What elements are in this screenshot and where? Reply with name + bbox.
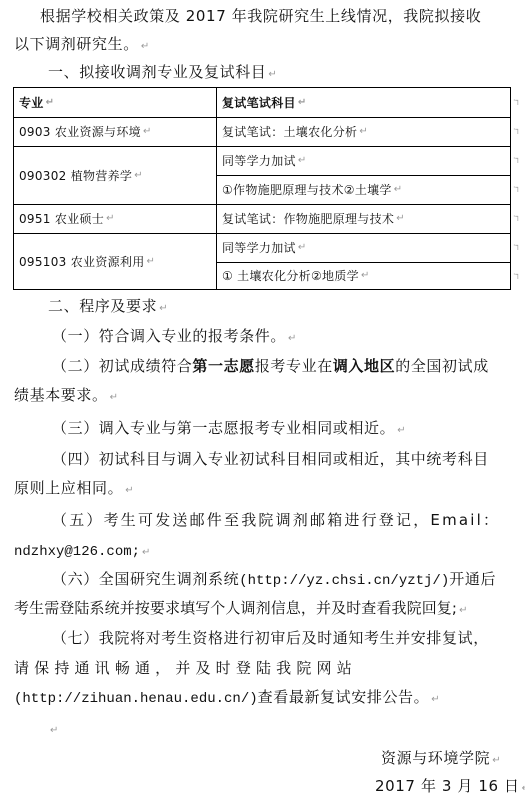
paragraph-mark: ↵ bbox=[46, 96, 55, 110]
requirement-6-line-1: （六）全国研究生调剂系统(http://yz.chsi.cn/yztj/)开通后 bbox=[52, 569, 496, 591]
requirement-2-line-2: 绩基本要求。↵ bbox=[14, 385, 119, 408]
requirement-2-line-1: （二）初试成绩符合第一志愿报考专业在调入地区的全国初试成 bbox=[52, 356, 489, 376]
majors-table: 专业↵ 复试笔试科目↵ 0903 农业资源与环境↵ 复试笔试：土壤农化分析↵ 0… bbox=[13, 87, 511, 290]
major-text: 090302 植物营养学 bbox=[19, 169, 132, 183]
intro-text-1: 根据学校相关政策及 2017 年我院研究生上线情况，我院拟接收 bbox=[40, 7, 481, 25]
bold-transfer-region: 调入地区 bbox=[333, 357, 395, 375]
paragraph-mark: ↵ bbox=[268, 69, 277, 80]
paragraph-mark: ↵ bbox=[110, 392, 119, 403]
paragraph-mark: ↵ bbox=[134, 169, 143, 183]
section1-heading: 一、拟接收调剂专业及复试科目↵ bbox=[48, 62, 277, 85]
requirement-7-line-3: (http://zihuan.henau.edu.cn/)查看最新复试安排公告。… bbox=[14, 687, 440, 710]
requirement-2-text: （二）初试成绩符合 bbox=[52, 357, 192, 375]
paragraph-mark: ↵ bbox=[298, 241, 307, 255]
major-text: 095103 农业资源利用 bbox=[19, 255, 145, 269]
requirement-3-text: （三）调入专业与第一志愿报考专业相同或相近。 bbox=[52, 419, 395, 437]
paragraph-mark: ↵ bbox=[396, 212, 405, 226]
intro-text-2: 以下调剂研究生。 bbox=[14, 35, 139, 53]
requirement-6-text: （六）全国研究生调剂系统 bbox=[52, 570, 239, 588]
table-cell-subject: ① 土壤农化分析②地质学↵ bbox=[217, 263, 510, 289]
paragraph-mark: ↵ bbox=[298, 154, 307, 168]
requirement-6-text: 考生需登陆系统并按要求填写个人调剂信息，并及时查看我院回复; bbox=[14, 599, 457, 617]
paragraph-mark: ↵ bbox=[522, 783, 525, 794]
date-text: 2017 年 3 月 16 日 bbox=[375, 777, 520, 795]
table-cell-subject: ①作物施肥原理与技术②土壤学↵ bbox=[217, 176, 510, 204]
requirement-5-line-1: （五）考生可发送邮件至我院调剂邮箱进行登记，Email： bbox=[52, 510, 500, 530]
requirement-7-text: 查看最新复试安排公告。 bbox=[258, 688, 430, 706]
table-cell-major: 095103 农业资源利用↵ bbox=[14, 234, 216, 289]
requirement-5-text: （五）考生可发送邮件至我院调剂邮箱进行登记，Email： bbox=[52, 511, 500, 529]
section2-heading-text: 二、程序及要求 bbox=[48, 297, 157, 315]
row-end-mark: ·┐ bbox=[513, 270, 520, 279]
paragraph-mark: ↵ bbox=[361, 269, 370, 283]
table-cell-major: 0903 农业资源与环境↵ bbox=[14, 118, 216, 146]
bold-first-choice: 第一志愿 bbox=[192, 357, 254, 375]
chsi-link[interactable]: (http://yz.chsi.cn/yztj/) bbox=[239, 573, 449, 589]
paragraph-mark: ↵ bbox=[492, 755, 501, 766]
row-end-mark: ·┐ bbox=[513, 154, 520, 163]
subject-text: 复试笔试：土壤农化分析 bbox=[222, 125, 357, 139]
row-end-mark: ·┐ bbox=[513, 212, 520, 221]
requirement-1: （一）符合调入专业的报考条件。↵ bbox=[52, 326, 297, 349]
requirement-7-line-1: （七）我院将对考生资格进行初审后及时通知考生并安排复试， bbox=[52, 628, 489, 648]
table-header-subjects: 复试笔试科目↵ bbox=[217, 88, 510, 117]
org-name: 资源与环境学院 bbox=[381, 749, 490, 767]
requirement-1-text: （一）符合调入专业的报考条件。 bbox=[52, 327, 286, 345]
paragraph-mark: ↵ bbox=[50, 725, 59, 736]
signature-org: 资源与环境学院↵ bbox=[381, 748, 501, 771]
requirement-2-text: 绩基本要求。 bbox=[14, 386, 108, 404]
subject-text: 同等学力加试 bbox=[222, 154, 296, 168]
requirement-4-text: （四）初试科目与调入专业初试科目相同或相近，其中统考科目 bbox=[52, 450, 489, 468]
requirement-2-text: 的全国初试成 bbox=[395, 357, 489, 375]
paragraph-mark: ↵ bbox=[431, 694, 440, 705]
requirement-4-text: 原则上应相同。 bbox=[14, 479, 123, 497]
requirement-4-line-2: 原则上应相同。↵ bbox=[14, 478, 134, 501]
requirement-3: （三）调入专业与第一志愿报考专业相同或相近。↵ bbox=[52, 418, 406, 441]
paragraph-mark: ↵ bbox=[141, 41, 150, 52]
table-cell-subject: 同等学力加试↵ bbox=[217, 234, 510, 262]
intro-line-1: 根据学校相关政策及 2017 年我院研究生上线情况，我院拟接收 bbox=[40, 6, 481, 26]
requirement-6-line-2: 考生需登陆系统并按要求填写个人调剂信息，并及时查看我院回复;↵ bbox=[14, 598, 468, 621]
requirement-7-text: 请 保 持 通 讯 畅 通 ， 并 及 时 登 陆 我 院 网 站 bbox=[14, 659, 352, 677]
email-address[interactable]: ndzhxy@126.com; bbox=[14, 544, 140, 560]
paragraph-mark: ↵ bbox=[397, 425, 406, 436]
requirement-7-line-2: 请 保 持 通 讯 畅 通 ， 并 及 时 登 陆 我 院 网 站 bbox=[14, 658, 352, 678]
paragraph-mark: ↵ bbox=[298, 96, 307, 110]
table-cell-subject: 复试笔试：作物施肥原理与技术↵ bbox=[217, 205, 510, 233]
paragraph-mark: ↵ bbox=[288, 333, 297, 344]
header-text: 复试笔试科目 bbox=[222, 96, 296, 110]
subject-text: 复试笔试：作物施肥原理与技术 bbox=[222, 212, 394, 226]
table-cell-subject: 同等学力加试↵ bbox=[217, 147, 510, 175]
paragraph-mark: ↵ bbox=[125, 485, 134, 496]
row-end-mark: ·┐ bbox=[513, 96, 520, 105]
paragraph-mark: ↵ bbox=[106, 212, 115, 226]
requirement-6-text: 开通后 bbox=[449, 570, 496, 588]
table-header-major: 专业↵ bbox=[14, 88, 216, 117]
paragraph-mark: ↵ bbox=[147, 255, 156, 269]
paragraph-mark: ↵ bbox=[359, 125, 368, 139]
signature-date: 2017 年 3 月 16 日↵ bbox=[375, 776, 525, 799]
requirement-5-line-2: ndzhxy@126.com;↵ bbox=[14, 540, 151, 563]
requirement-7-text: （七）我院将对考生资格进行初审后及时通知考生并安排复试， bbox=[52, 629, 489, 647]
row-end-mark: ·┐ bbox=[513, 125, 520, 134]
section2-heading: 二、程序及要求↵ bbox=[48, 296, 168, 319]
paragraph-mark: ↵ bbox=[142, 547, 151, 558]
subject-text: ① 土壤农化分析②地质学 bbox=[222, 269, 359, 283]
row-end-mark: ·┐ bbox=[513, 241, 520, 250]
paragraph-mark: ↵ bbox=[143, 125, 152, 139]
college-website-link[interactable]: (http://zihuan.henau.edu.cn/) bbox=[14, 691, 258, 707]
subject-text: ①作物施肥原理与技术②土壤学 bbox=[222, 183, 392, 197]
intro-line-2: 以下调剂研究生。↵ bbox=[14, 34, 150, 57]
header-text: 专业 bbox=[19, 96, 44, 110]
requirement-4-line-1: （四）初试科目与调入专业初试科目相同或相近，其中统考科目 bbox=[52, 449, 489, 469]
paragraph-mark: ↵ bbox=[159, 303, 168, 314]
table-cell-subject: 复试笔试：土壤农化分析↵ bbox=[217, 118, 510, 146]
major-text: 0951 农业硕士 bbox=[19, 212, 104, 226]
row-end-mark: ·┐ bbox=[513, 183, 520, 192]
table-cell-major: 0951 农业硕士↵ bbox=[14, 205, 216, 233]
section1-heading-text: 一、拟接收调剂专业及复试科目 bbox=[48, 63, 266, 81]
major-text: 0903 农业资源与环境 bbox=[19, 125, 141, 139]
blank-paragraph: ↵ bbox=[48, 718, 59, 741]
subject-text: 同等学力加试 bbox=[222, 241, 296, 255]
table-cell-major: 090302 植物营养学↵ bbox=[14, 147, 216, 204]
paragraph-mark: ↵ bbox=[394, 183, 403, 197]
requirement-2-text: 报考专业在 bbox=[255, 357, 333, 375]
paragraph-mark: ↵ bbox=[459, 605, 467, 616]
